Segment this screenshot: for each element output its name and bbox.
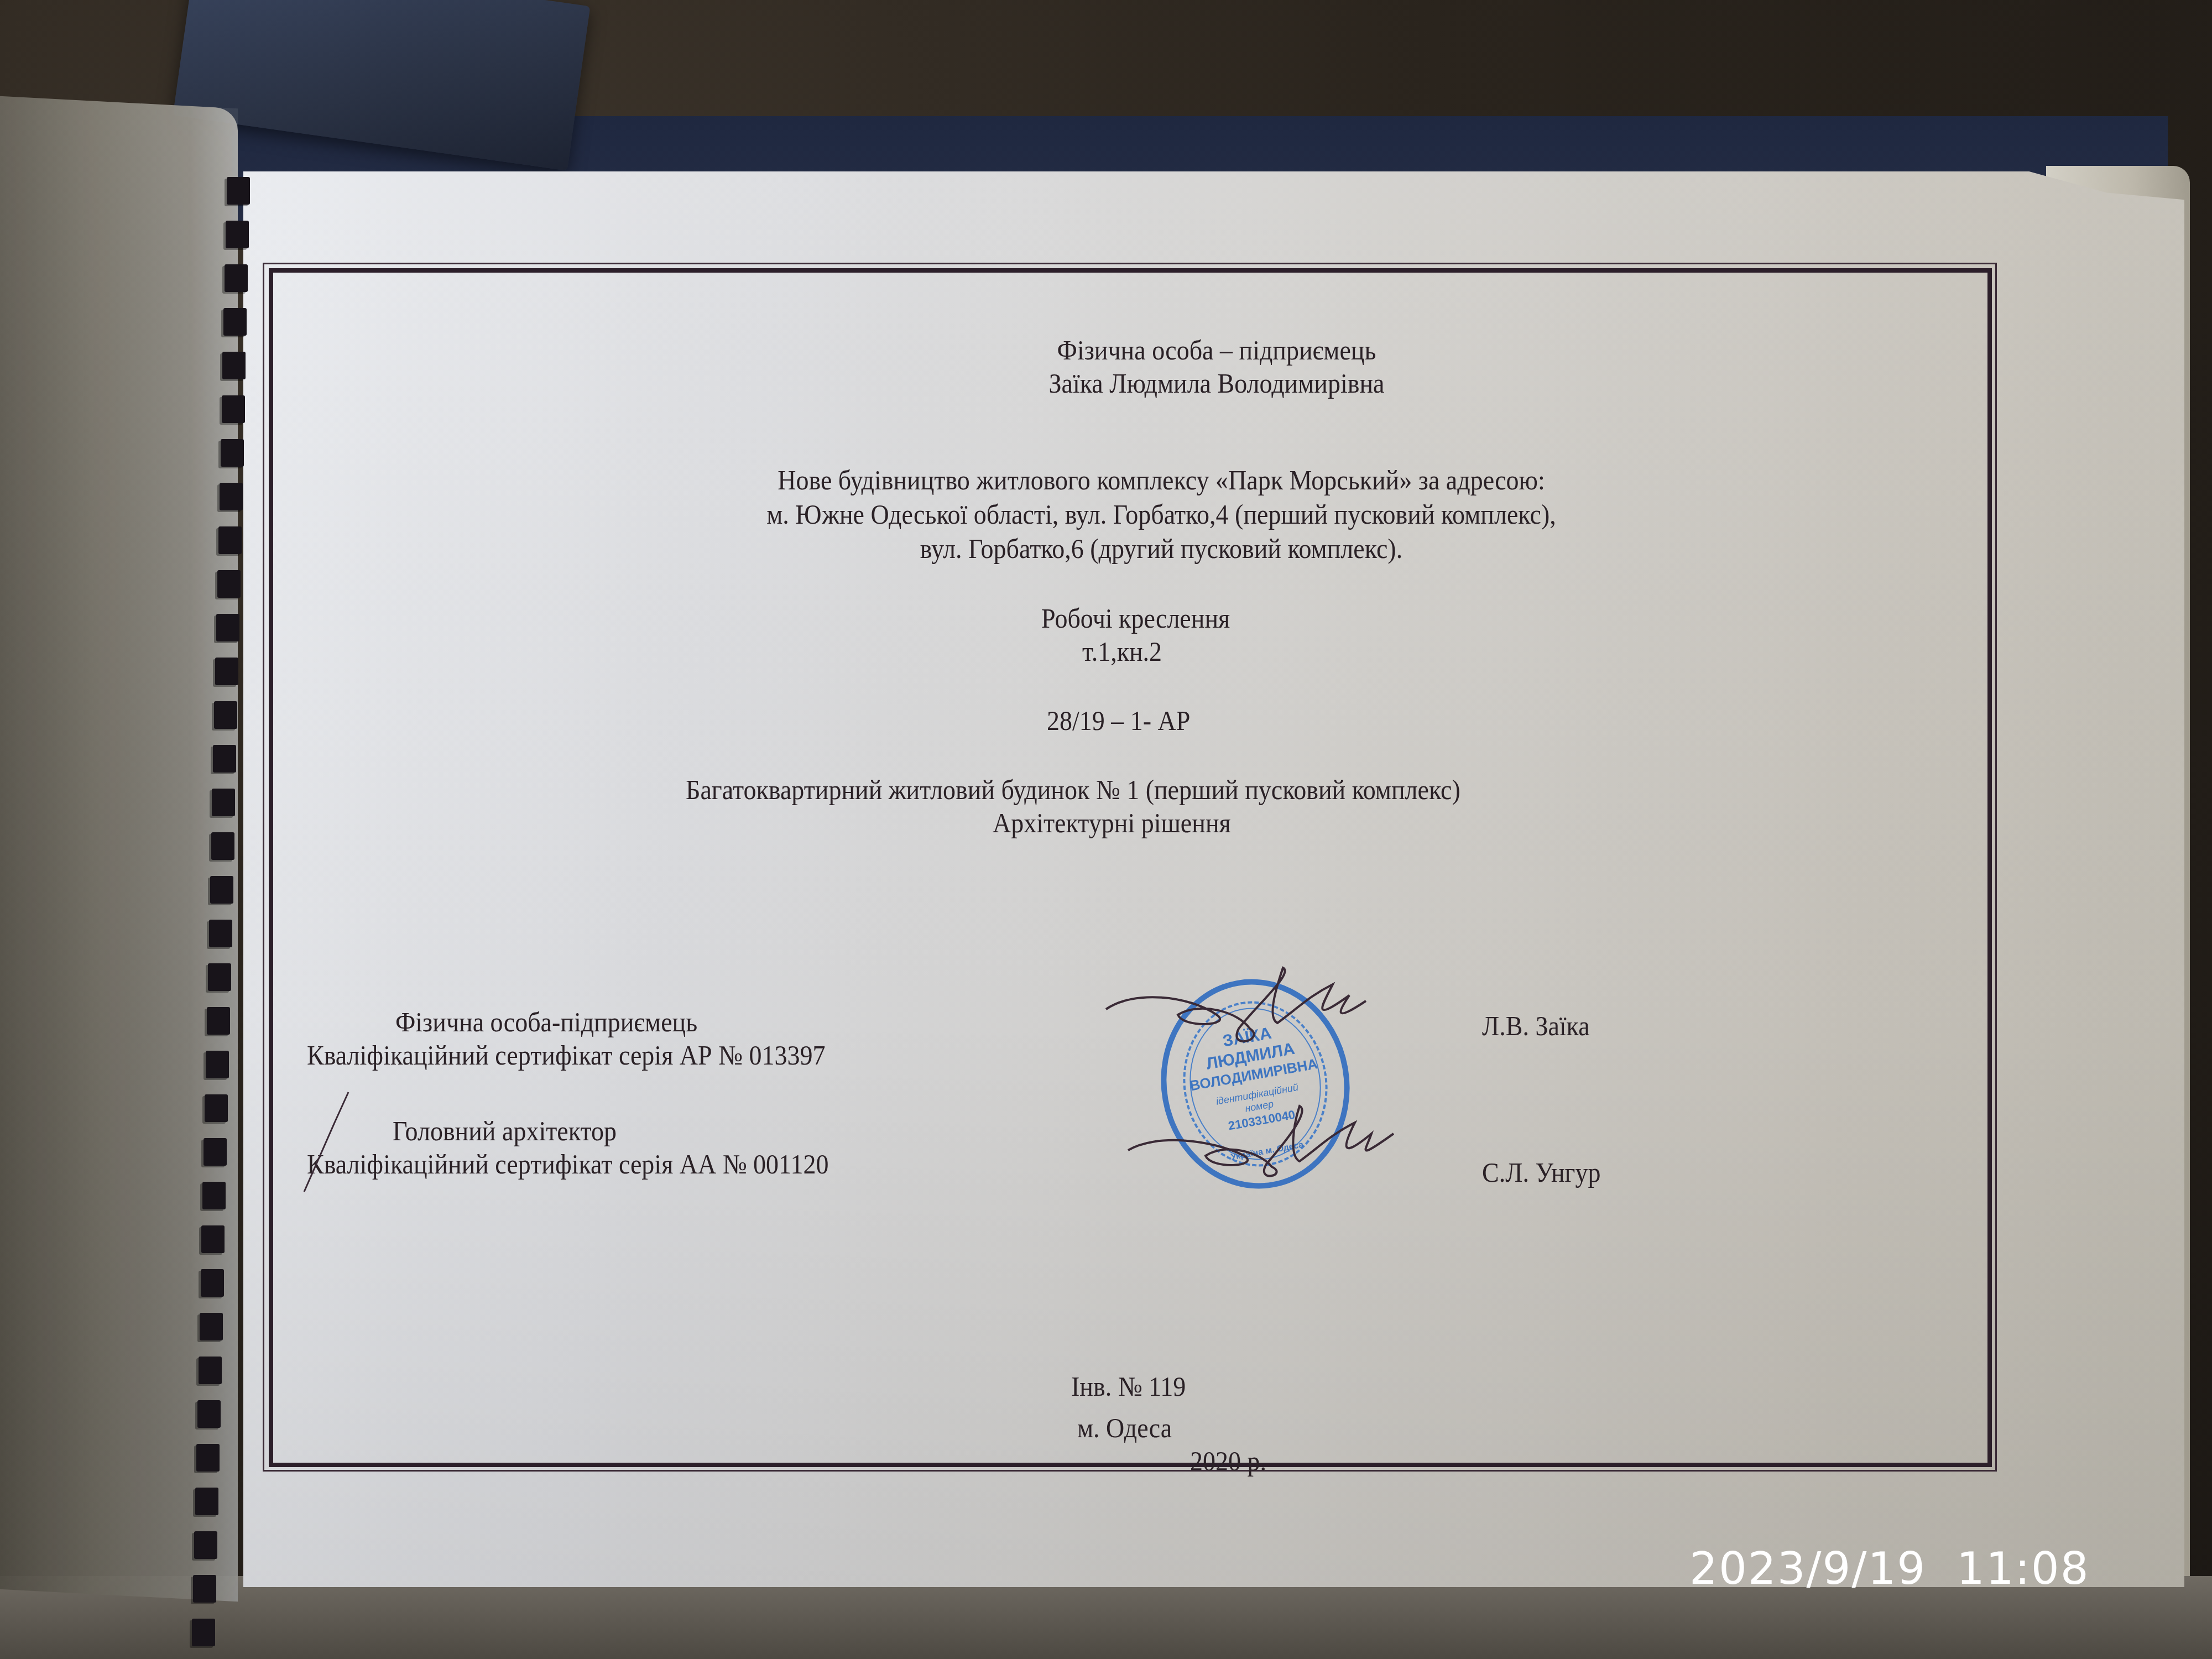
binding-coil xyxy=(223,308,247,336)
signatory-2-name: С.Л. Унгур xyxy=(1482,1159,1600,1186)
signatory-1-name: Л.В. Заїка xyxy=(1482,1012,1590,1040)
binding-coil xyxy=(215,658,238,685)
binding-coil xyxy=(220,483,243,510)
inventory-number: Інв. № 119 xyxy=(1071,1373,1186,1400)
header-line-2: Заїка Людмила Володимирівна xyxy=(921,369,1511,397)
binding-coil xyxy=(206,1051,229,1078)
header-line-1: Фізична особа – підприємець xyxy=(921,336,1511,364)
project-line-2: м. Южне Одеської області, вул. Горбатко,… xyxy=(653,500,1670,528)
binding-coil xyxy=(194,1531,217,1559)
binding-coil xyxy=(192,1619,215,1646)
binding-coil xyxy=(222,395,245,423)
binding-coil xyxy=(221,439,244,467)
project-line-3: вул. Горбатко,6 (другий пусковий комплек… xyxy=(653,535,1670,562)
binding-coil xyxy=(227,177,250,205)
binding-coil xyxy=(214,701,237,729)
section-line-2: Архітектурні рішення xyxy=(993,809,1231,837)
binding-coil xyxy=(216,614,239,641)
binding-coil xyxy=(212,789,235,816)
drawings-title: Робочі креслення xyxy=(1041,604,1230,632)
photo-timestamp: 2023/9/19 11:08 xyxy=(1689,1543,2090,1594)
binding-coil xyxy=(211,832,234,860)
binding-coil xyxy=(225,264,248,292)
binding-coil xyxy=(196,1444,220,1472)
city: м. Одеса xyxy=(1077,1414,1172,1442)
binding-coil xyxy=(197,1400,221,1428)
binding-coil xyxy=(222,352,246,379)
signatory-2-certificate: Кваліфікаційний сертифікат серія АА № 00… xyxy=(307,1150,828,1178)
binding-coil xyxy=(213,745,236,773)
binding-coil xyxy=(200,1313,223,1340)
binding-coil xyxy=(201,1269,224,1297)
signatory-1-certificate: Кваліфікаційний сертифікат серія АР № 01… xyxy=(307,1041,825,1069)
binding-coil xyxy=(204,1138,227,1166)
binding-coil xyxy=(218,526,242,554)
binding-coil xyxy=(201,1225,225,1253)
binding-coil xyxy=(209,920,232,947)
binding-coil xyxy=(202,1182,226,1209)
year: 2020 р. xyxy=(1190,1447,1266,1475)
document-code: 28/19 – 1- АР xyxy=(1047,707,1190,734)
signatory-2-role: Головний архітектор xyxy=(393,1117,617,1145)
binding-coil xyxy=(195,1488,218,1515)
frame-inner-border xyxy=(269,268,1992,1467)
signatory-1-role: Фізична особа-підприємець xyxy=(395,1008,697,1036)
binding-coil xyxy=(208,963,231,991)
binding-coil xyxy=(217,570,241,598)
drawings-volume: т.1,кн.2 xyxy=(1082,638,1162,665)
binding-coil xyxy=(199,1357,222,1384)
project-line-1: Нове будівництво житлового комплексу «Па… xyxy=(653,466,1670,494)
binding-coil xyxy=(207,1007,230,1035)
binding-coil xyxy=(226,221,249,248)
section-line-1: Багатоквартирний житловий будинок № 1 (п… xyxy=(686,776,1460,804)
spiral-binding xyxy=(138,177,249,1593)
binding-coil xyxy=(210,876,233,904)
binding-coil xyxy=(205,1094,228,1122)
binding-coil xyxy=(193,1575,216,1603)
